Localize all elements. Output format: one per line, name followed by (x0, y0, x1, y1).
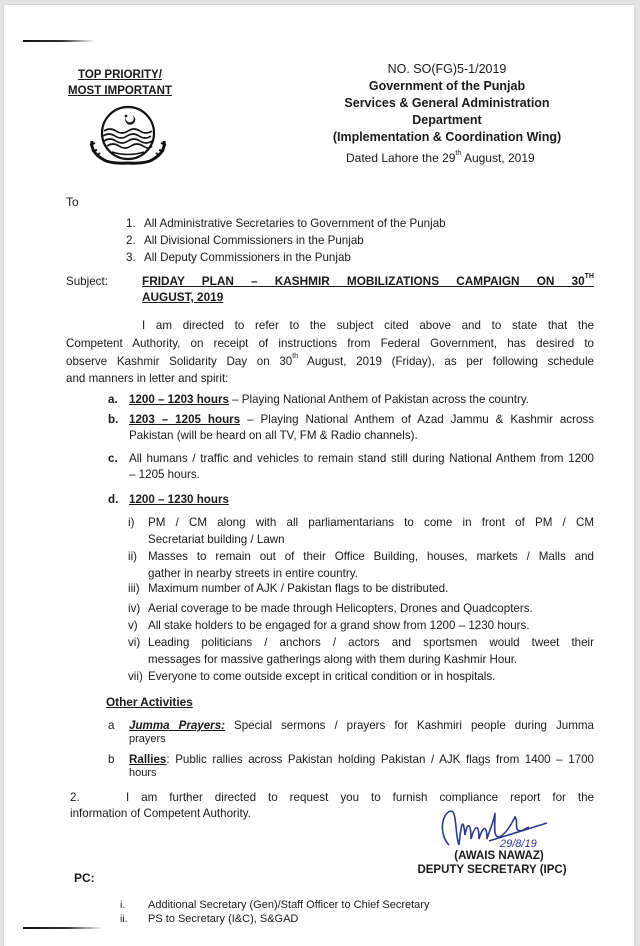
subitem-marker: vi) (128, 635, 140, 650)
recipient-text: All Deputy Commissioners in the Punjab (144, 250, 351, 265)
schedule-time: 1200 – 1230 hours (129, 493, 229, 506)
subitem-marker: i) (128, 515, 134, 530)
intro-line-1: I am directed to refer to the subject ci… (142, 318, 594, 333)
top-left-rule (23, 40, 95, 42)
activity-item: Rallies: Public rallies across Pakistan … (129, 752, 594, 767)
subitem-marker: v) (128, 618, 138, 633)
activity-item-continued: hours (129, 766, 157, 781)
signature-scrawl-icon (429, 805, 569, 855)
dated-line: Dated Lahore the 29th August, 2019 (346, 151, 535, 165)
schedule-item-continued: Pakistan (will be heard on all TV, FM & … (129, 428, 418, 443)
subject-label: Subject: (66, 274, 108, 289)
header-government: Government of the Punjab (322, 78, 572, 96)
activity-item-continued: prayers (129, 732, 166, 747)
signatory-name: (AWAIS NAWAZ) (439, 850, 559, 862)
punjab-emblem-icon (82, 103, 174, 165)
subitem-text: Masses to remain out of their Office Bui… (148, 549, 594, 564)
priority-line-1: TOP PRIORITY/ (78, 69, 162, 81)
header-wing: (Implementation & Coordination Wing) (314, 129, 580, 147)
subitem-text: Aerial coverage to be made through Helic… (148, 601, 594, 616)
recipient-number: 2. (126, 233, 136, 248)
signature-date: 29/8/19 (500, 838, 537, 850)
pc-number: i. (120, 898, 125, 913)
header-department-2: Department (322, 112, 572, 130)
para-2-line-1: I am further directed to request you to … (126, 790, 594, 805)
subitem-text-continued: gather in nearby streets in entire count… (148, 566, 358, 581)
subitem-text-continued: messages for massive gatherings along wi… (148, 652, 517, 667)
subject-line-2: AUGUST, 2019 (142, 290, 223, 304)
schedule-item-continued: – 1205 hours. (129, 467, 200, 482)
document-number: NO. SO(FG)5-1/2019 (322, 61, 572, 79)
activity-marker: b (108, 752, 114, 767)
schedule-item: 1200 – 1230 hours (129, 492, 594, 507)
activity-title: Rallies (129, 753, 166, 766)
recipient-text: All Administrative Secretaries to Govern… (144, 216, 446, 231)
intro-line-3: observe Kashmir Solidarity Day on 30th A… (66, 354, 594, 369)
subitem-text: Leading politicians / anchors / actors a… (148, 635, 594, 650)
schedule-item: 1200 – 1203 hours – Playing National Ant… (129, 392, 594, 407)
schedule-marker: d. (108, 492, 118, 507)
bottom-left-rule (23, 927, 103, 929)
other-activities-heading: Other Activities (106, 695, 193, 709)
para-2-line-2: information of Competent Authority. (70, 806, 251, 821)
subitem-marker: iii) (128, 581, 140, 596)
activity-item: Jumma Prayers: Special sermons / prayers… (129, 718, 594, 733)
to-label: To (66, 195, 79, 210)
pc-number: ii. (120, 912, 128, 927)
document-page: TOP PRIORITY/ MOST IMPORTANT NO. SO(FG)5… (4, 5, 634, 946)
schedule-marker: c. (108, 451, 118, 466)
subitem-text: Everyone to come outside except in criti… (148, 669, 594, 684)
subitem-text-continued: Secretariat building / Lawn (148, 532, 285, 547)
subitem-text: Maximum number of AJK / Pakistan flags t… (148, 581, 594, 596)
subitem-marker: ii) (128, 549, 137, 564)
subitem-marker: vii) (128, 669, 143, 684)
schedule-item: All humans / traffic and vehicles to rem… (129, 451, 594, 466)
recipient-number: 3. (126, 250, 136, 265)
intro-line-2: Competent Authority, on receipt of instr… (66, 336, 594, 351)
recipient-text: All Divisional Commissioners in the Punj… (144, 233, 364, 248)
subitem-text: All stake holders to be engaged for a gr… (148, 618, 594, 633)
header-department-1: Services & General Administration (322, 95, 572, 113)
subitem-marker: iv) (128, 601, 140, 616)
schedule-time: 1203 – 1205 hours (129, 413, 240, 426)
activity-title: Jumma Prayers: (129, 719, 225, 732)
pc-label: PC: (74, 871, 95, 885)
subject-line-1: FRIDAY PLAN – KASHMIR MOBILIZATIONS CAMP… (142, 274, 594, 288)
recipient-number: 1. (126, 216, 136, 231)
subitem-text: PM / CM along with all parliamentarians … (148, 515, 594, 530)
priority-line-2: MOST IMPORTANT (68, 85, 172, 97)
pc-item: PS to Secretary (I&C), S&GAD (148, 912, 298, 927)
schedule-marker: b. (108, 412, 118, 427)
signatory-designation: DEPUTY SECRETARY (IPC) (404, 864, 580, 876)
activity-marker: a (108, 718, 114, 733)
schedule-item: 1203 – 1205 hours – Playing National Ant… (129, 412, 594, 427)
schedule-time: 1200 – 1203 hours (129, 393, 229, 406)
intro-line-4: and manners in letter and spirit: (66, 371, 228, 386)
para-2-number: 2. (70, 790, 80, 805)
pc-item: Additional Secretary (Gen)/Staff Officer… (148, 898, 429, 913)
schedule-marker: a. (108, 392, 118, 407)
